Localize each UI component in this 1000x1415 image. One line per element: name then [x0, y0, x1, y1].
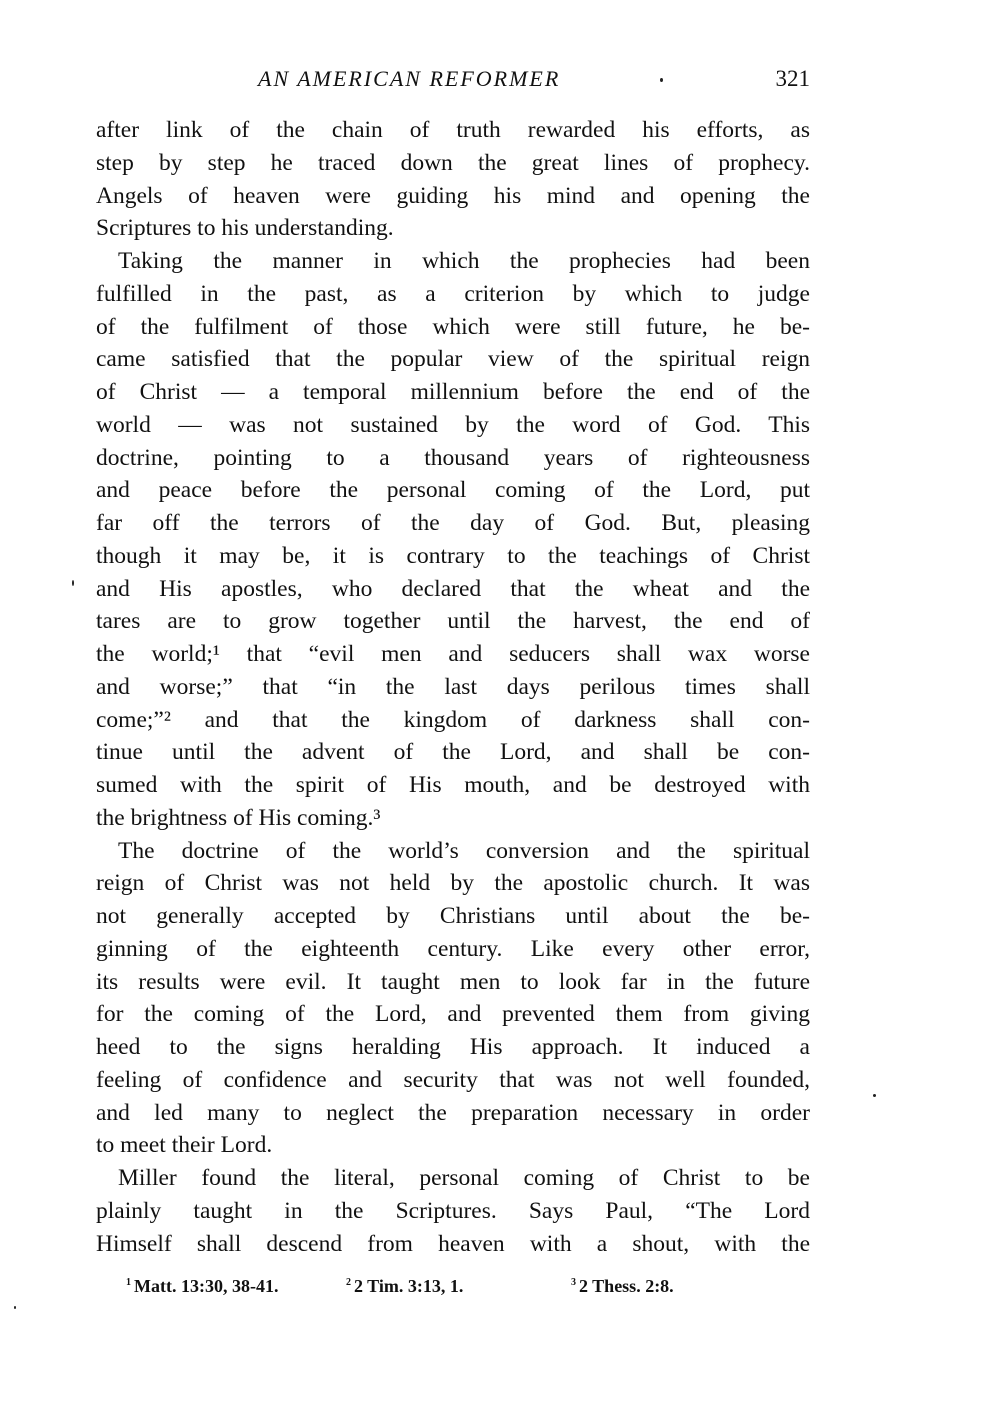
footnote: 1Matt. 13:30, 38-41. [126, 1268, 278, 1301]
paragraph: Taking the manner in which the prophecie… [96, 245, 810, 835]
text-line: though it may be, it is contrary to the … [96, 540, 810, 573]
paragraph-continued: after link of the chain of truth rewarde… [96, 114, 810, 245]
text-line: and His apostles, who declared that the … [96, 573, 810, 606]
text-line: Taking the manner in which the prophecie… [96, 245, 810, 278]
text-line: not generally accepted by Christians unt… [96, 900, 810, 933]
text-line: feeling of confidence and security that … [96, 1064, 810, 1097]
footnotes: 1Matt. 13:30, 38-41. 22 Tim. 3:13, 1. 32… [96, 1268, 810, 1298]
text-line: and worse;” that “in the last days peril… [96, 671, 810, 704]
scan-speck [873, 1094, 876, 1097]
text-line: Himself shall descend from heaven with a… [96, 1228, 810, 1261]
text-line: and led many to neglect the preparation … [96, 1097, 810, 1130]
text-line: to meet their Lord. [96, 1129, 810, 1162]
text-line: for the coming of the Lord, and prevente… [96, 998, 810, 1031]
text-line: fulfilled in the past, as a criterion by… [96, 278, 810, 311]
footnote: 22 Tim. 3:13, 1. [346, 1268, 463, 1301]
scan-speck [72, 580, 74, 586]
text-line: of the fulfilment of those which were st… [96, 311, 810, 344]
text-line: the brightness of His coming.³ [96, 802, 810, 835]
footnote-mark: 2 [346, 1277, 351, 1288]
scan-speck [660, 78, 663, 82]
text-line: step by step he traced down the great li… [96, 147, 810, 180]
footnote-text: 2 Tim. 3:13, 1. [354, 1276, 463, 1296]
text-line: came satisfied that the popular view of … [96, 343, 810, 376]
text-line: tares are to grow together until the har… [96, 605, 810, 638]
body-text: after link of the chain of truth rewarde… [96, 114, 810, 1260]
text-line: the world;¹ that “evil men and seducers … [96, 638, 810, 671]
text-line: of Christ — a temporal millennium before… [96, 376, 810, 409]
page-number: 321 [776, 62, 811, 96]
text-line: plainly taught in the Scriptures. Says P… [96, 1195, 810, 1228]
scan-speck [14, 1306, 16, 1309]
text-line: heed to the signs heralding His approach… [96, 1031, 810, 1064]
footnote-mark: 3 [571, 1277, 576, 1288]
footnote-text: 2 Thess. 2:8. [579, 1276, 674, 1296]
text-line: after link of the chain of truth rewarde… [96, 114, 810, 147]
text-line: Miller found the literal, personal comin… [96, 1162, 810, 1195]
text-line: doctrine, pointing to a thousand years o… [96, 442, 810, 475]
text-line: far off the terrors of the day of God. B… [96, 507, 810, 540]
footnote-text: Matt. 13:30, 38-41. [134, 1276, 278, 1296]
text-line: reign of Christ was not held by the apos… [96, 867, 810, 900]
footnote: 32 Thess. 2:8. [571, 1268, 674, 1301]
text-line: tinue until the advent of the Lord, and … [96, 736, 810, 769]
book-page: AN AMERICAN REFORMER 321 after link of t… [0, 0, 1000, 1415]
text-line: ginning of the eighteenth century. Like … [96, 933, 810, 966]
paragraph: The doctrine of the world’s conversion a… [96, 835, 810, 1163]
text-line: its results were evil. It taught men to … [96, 966, 810, 999]
text-line: Angels of heaven were guiding his mind a… [96, 180, 810, 213]
running-head: AN AMERICAN REFORMER 321 [96, 62, 810, 96]
text-line: The doctrine of the world’s conversion a… [96, 835, 810, 868]
text-line: and peace before the personal coming of … [96, 474, 810, 507]
text-line: Scriptures to his understanding. [96, 212, 810, 245]
text-line: sumed with the spirit of His mouth, and … [96, 769, 810, 802]
text-line: come;”² and that the kingdom of darkness… [96, 704, 810, 737]
paragraph: Miller found the literal, personal comin… [96, 1162, 810, 1260]
text-line: world — was not sustained by the word of… [96, 409, 810, 442]
running-title: AN AMERICAN REFORMER [258, 62, 560, 96]
footnote-mark: 1 [126, 1277, 131, 1288]
